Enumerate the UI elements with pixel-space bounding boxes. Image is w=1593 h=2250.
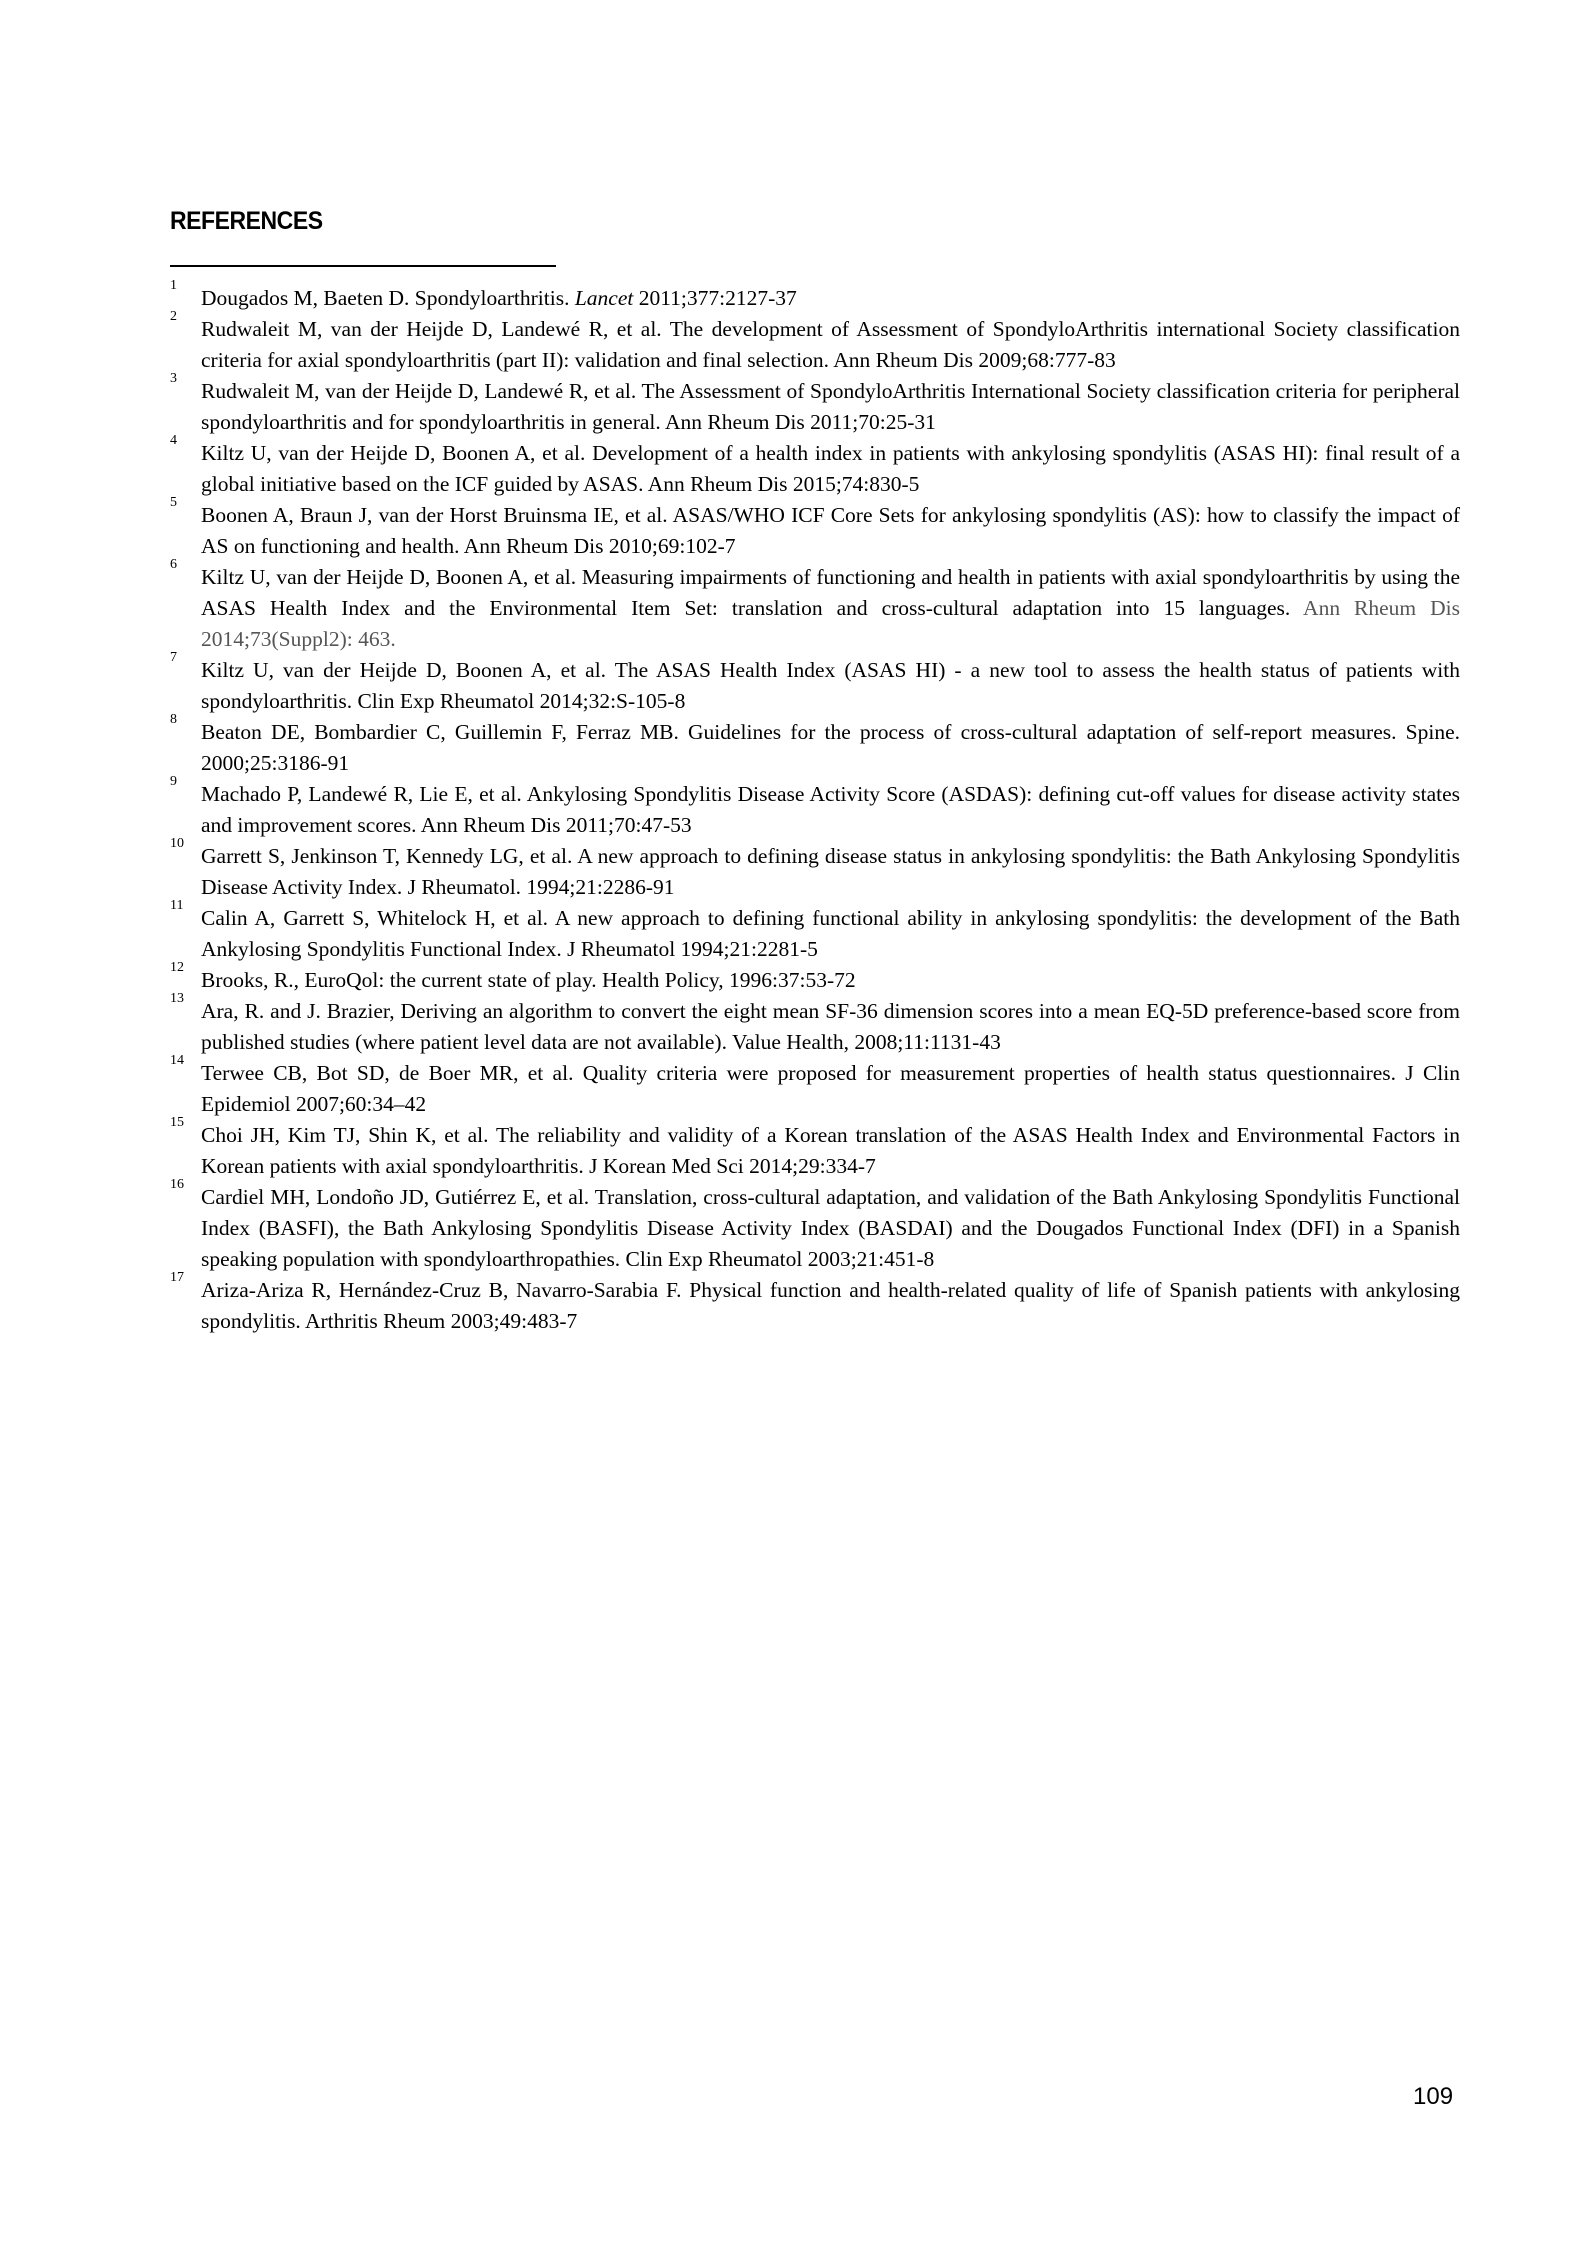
- reference-number: 8: [170, 710, 177, 730]
- reference-number: 6: [170, 555, 177, 575]
- reference-number: 16: [170, 1175, 184, 1195]
- page-number: 109: [1413, 2083, 1453, 2111]
- reference-item: 3 Rudwaleit M, van der Heijde D, Landewé…: [170, 376, 1460, 438]
- reference-text: Kiltz U, van der Heijde D, Boonen A, et …: [201, 658, 1460, 713]
- reference-text: Choi JH, Kim TJ, Shin K, et al. The reli…: [201, 1123, 1460, 1178]
- reference-number: 10: [170, 834, 184, 854]
- reference-item: 11 Calin A, Garrett S, Whitelock H, et a…: [170, 903, 1460, 965]
- reference-number: 9: [170, 772, 177, 792]
- reference-item: 16 Cardiel MH, Londoño JD, Gutiérrez E, …: [170, 1182, 1460, 1275]
- reference-number: 11: [170, 896, 183, 916]
- reference-text: Ara, R. and J. Brazier, Deriving an algo…: [201, 999, 1460, 1054]
- reference-text: Boonen A, Braun J, van der Horst Bruinsm…: [201, 503, 1460, 558]
- reference-item: 6 Kiltz U, van der Heijde D, Boonen A, e…: [170, 562, 1460, 655]
- reference-item: 5 Boonen A, Braun J, van der Horst Bruin…: [170, 500, 1460, 562]
- reference-list: 1 Dougados M, Baeten D. Spondyloarthriti…: [170, 283, 1460, 1337]
- reference-item: 7 Kiltz U, van der Heijde D, Boonen A, e…: [170, 655, 1460, 717]
- reference-text: Brooks, R., EuroQol: the current state o…: [201, 968, 856, 992]
- reference-item: 10 Garrett S, Jenkinson T, Kennedy LG, e…: [170, 841, 1460, 903]
- reference-text: Kiltz U, van der Heijde D, Boonen A, et …: [201, 565, 1460, 651]
- reference-item: 4 Kiltz U, van der Heijde D, Boonen A, e…: [170, 438, 1460, 500]
- reference-number: 4: [170, 431, 177, 451]
- reference-text: Cardiel MH, Londoño JD, Gutiérrez E, et …: [201, 1185, 1460, 1271]
- reference-number: 15: [170, 1113, 184, 1133]
- reference-number: 1: [170, 276, 177, 296]
- page-heading: REFERENCES: [170, 207, 323, 236]
- reference-item: 9 Machado P, Landewé R, Lie E, et al. An…: [170, 779, 1460, 841]
- reference-item: 15 Choi JH, Kim TJ, Shin K, et al. The r…: [170, 1120, 1460, 1182]
- reference-item: 12 Brooks, R., EuroQol: the current stat…: [170, 965, 1460, 996]
- reference-text: Ariza-Ariza R, Hernández-Cruz B, Navarro…: [201, 1278, 1460, 1333]
- reference-number: 14: [170, 1051, 184, 1071]
- reference-text: Beaton DE, Bombardier C, Guillemin F, Fe…: [201, 720, 1460, 775]
- reference-item: 2 Rudwaleit M, van der Heijde D, Landewé…: [170, 314, 1460, 376]
- reference-text: Calin A, Garrett S, Whitelock H, et al. …: [201, 906, 1460, 961]
- reference-number: 3: [170, 369, 177, 389]
- reference-item: 1 Dougados M, Baeten D. Spondyloarthriti…: [170, 283, 1460, 314]
- reference-number: 17: [170, 1268, 184, 1288]
- reference-text: Kiltz U, van der Heijde D, Boonen A, et …: [201, 441, 1460, 496]
- reference-number: 13: [170, 989, 184, 1009]
- reference-text: Garrett S, Jenkinson T, Kennedy LG, et a…: [201, 844, 1460, 899]
- reference-number: 12: [170, 958, 184, 978]
- reference-text: Rudwaleit M, van der Heijde D, Landewé R…: [201, 317, 1460, 372]
- reference-text: Dougados M, Baeten D. Spondyloarthritis.…: [201, 286, 797, 310]
- reference-number: 7: [170, 648, 177, 668]
- reference-number: 2: [170, 307, 177, 327]
- reference-item: 14 Terwee CB, Bot SD, de Boer MR, et al.…: [170, 1058, 1460, 1120]
- reference-text: Terwee CB, Bot SD, de Boer MR, et al. Qu…: [201, 1061, 1460, 1116]
- footnote-separator-rule: [170, 265, 556, 267]
- reference-text: Machado P, Landewé R, Lie E, et al. Anky…: [201, 782, 1460, 837]
- reference-item: 8 Beaton DE, Bombardier C, Guillemin F, …: [170, 717, 1460, 779]
- reference-item: 13 Ara, R. and J. Brazier, Deriving an a…: [170, 996, 1460, 1058]
- reference-number: 5: [170, 493, 177, 513]
- journal-name: Lancet: [575, 286, 634, 310]
- reference-text: Rudwaleit M, van der Heijde D, Landewé R…: [201, 379, 1460, 434]
- reference-item: 17 Ariza-Ariza R, Hernández-Cruz B, Nava…: [170, 1275, 1460, 1337]
